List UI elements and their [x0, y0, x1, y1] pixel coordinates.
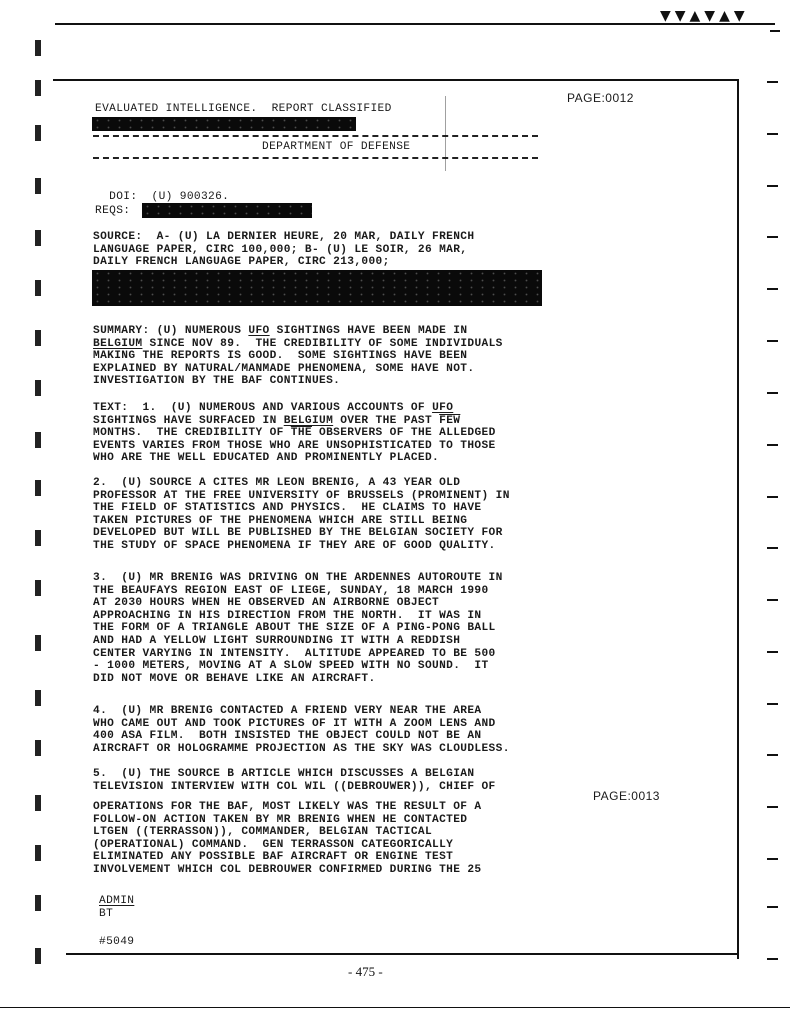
header-divider-bottom — [93, 157, 538, 159]
text-line: TELEVISION INTERVIEW WITH COL WIL ((DEBR… — [93, 781, 496, 794]
punch-mark — [35, 280, 41, 296]
text-line: AND HAD A YELLOW LIGHT SURROUNDING IT WI… — [93, 635, 503, 648]
margin-tick — [767, 858, 778, 860]
margin-tick — [767, 599, 778, 601]
punch-mark — [35, 895, 41, 911]
punch-mark — [35, 125, 41, 141]
page-bottom-rule — [0, 1007, 790, 1008]
text-line: THE STUDY OF SPACE PHENOMENA IF THEY ARE… — [93, 540, 510, 553]
text-line: SIGHTINGS HAVE SURFACED IN BELGIUM OVER … — [93, 415, 496, 428]
text-line: WHO ARE THE WELL EDUCATED AND PROMINENTL… — [93, 452, 496, 465]
paragraph-2: 2. (U) SOURCE A CITES MR LEON BRENIG, A … — [93, 477, 510, 553]
text-line: 4. (U) MR BRENIG CONTACTED A FRIEND VERY… — [93, 705, 510, 718]
punch-mark — [35, 580, 41, 596]
source-block: SOURCE: A- (U) LA DERNIER HEURE, 20 MAR,… — [93, 231, 474, 269]
text-line: MONTHS. THE CREDIBILITY OF THE OBSERVERS… — [93, 427, 496, 440]
text-line: THE FIELD OF STATISTICS AND PHYSICS. HE … — [93, 502, 510, 515]
margin-tick — [767, 340, 778, 342]
message-number: #5049 — [99, 936, 134, 949]
margin-tick — [767, 496, 778, 498]
punch-mark — [35, 530, 41, 546]
text-line: TEXT: 1. (U) NUMEROUS AND VARIOUS ACCOUN… — [93, 402, 496, 415]
summary-block: SUMMARY: (U) NUMEROUS UFO SIGHTINGS HAVE… — [93, 325, 503, 388]
text-line: FOLLOW-ON ACTION TAKEN BY MR BRENIG WHEN… — [93, 814, 482, 827]
reqs-redaction — [142, 203, 312, 218]
punch-mark — [35, 740, 41, 756]
punch-mark — [35, 40, 41, 56]
text-line: 5. (U) THE SOURCE B ARTICLE WHICH DISCUS… — [93, 768, 496, 781]
page-number-top: PAGE:0012 — [567, 92, 634, 105]
margin-tick — [767, 703, 778, 705]
page-footer-number: - 475 - — [348, 964, 383, 980]
text-line: INVOLVEMENT WHICH COL DEBROUWER CONFIRME… — [93, 864, 482, 877]
doi-line: DOI: (U) 900326. — [95, 178, 229, 203]
text-line: THE BEAUFAYS REGION EAST OF LIEGE, SUNDA… — [93, 585, 503, 598]
margin-tick — [767, 754, 778, 756]
text-line: DAILY FRENCH LANGUAGE PAPER, CIRC 213,00… — [93, 256, 474, 269]
text-line: APPROACHING IN HIS DIRECTION FROM THE NO… — [93, 610, 503, 623]
doi-value: (U) 900326. — [152, 191, 230, 203]
margin-tick — [767, 806, 778, 808]
punch-mark — [35, 380, 41, 396]
fold-mark — [445, 96, 446, 171]
punch-mark — [35, 948, 41, 964]
margin-tick — [767, 906, 778, 908]
text-line: ELIMINATED ANY POSSIBLE BAF AIRCRAFT OR … — [93, 851, 482, 864]
text-line: PROFESSOR AT THE FREE UNIVERSITY OF BRUS… — [93, 490, 510, 503]
text-line: SOURCE: A- (U) LA DERNIER HEURE, 20 MAR,… — [93, 231, 474, 244]
text-line: 2. (U) SOURCE A CITES MR LEON BRENIG, A … — [93, 477, 510, 490]
text-line: BELGIUM SINCE NOV 89. THE CREDIBILITY OF… — [93, 338, 503, 351]
margin-tick — [767, 958, 778, 960]
text-line: 400 ASA FILM. BOTH INSISTED THE OBJECT C… — [93, 730, 510, 743]
punch-mark — [35, 480, 41, 496]
paragraph-5-start: 5. (U) THE SOURCE B ARTICLE WHICH DISCUS… — [93, 768, 496, 793]
punch-mark — [35, 690, 41, 706]
text-line: DID NOT MOVE OR BEHAVE LIKE AN AIRCRAFT. — [93, 673, 503, 686]
text-line: AIRCRAFT OR HOLOGRAMME PROJECTION AS THE… — [93, 743, 510, 756]
admin-label: ADMIN — [99, 895, 134, 908]
department-title: DEPARTMENT OF DEFENSE — [262, 141, 410, 154]
punch-mark — [35, 795, 41, 811]
classification-line: EVALUATED INTELLIGENCE. REPORT CLASSIFIE… — [95, 103, 392, 116]
text-line: MAKING THE REPORTS IS GOOD. SOME SIGHTIN… — [93, 350, 503, 363]
paragraph-4: 4. (U) MR BRENIG CONTACTED A FRIEND VERY… — [93, 705, 510, 755]
text-line: THE FORM OF A TRIANGLE ABOUT THE SIZE OF… — [93, 622, 503, 635]
source-redaction — [92, 270, 542, 306]
margin-tick — [767, 288, 778, 290]
text-line: WHO CAME OUT AND TOOK PICTURES OF IT WIT… — [93, 718, 510, 731]
punch-mark — [35, 845, 41, 861]
punch-mark — [35, 230, 41, 246]
doi-label: DOI: — [109, 191, 137, 203]
document-stamp: ▼▼▲▼▲▼ — [660, 8, 749, 24]
margin-tick — [767, 444, 778, 446]
frame-bottom — [66, 953, 738, 955]
margin-tick — [767, 547, 778, 549]
margin-tick — [767, 236, 778, 238]
text-line: EVENTS VARIES FROM THOSE WHO ARE UNSOPHI… — [93, 440, 496, 453]
text-line: INVESTIGATION BY THE BAF CONTINUES. — [93, 375, 503, 388]
text-line: - 1000 METERS, MOVING AT A SLOW SPEED WI… — [93, 660, 503, 673]
text-line: TAKEN PICTURES OF THE PHENOMENA WHICH AR… — [93, 515, 510, 528]
punch-mark — [35, 432, 41, 448]
frame-top — [53, 79, 739, 81]
top-rule — [55, 23, 775, 25]
bt-label: BT — [99, 908, 113, 921]
margin-tick — [767, 392, 778, 394]
text-line: CENTER VARYING IN INTENSITY. ALTITUDE AP… — [93, 648, 503, 661]
margin-tick — [767, 651, 778, 653]
text-line: EXPLAINED BY NATURAL/MANMADE PHENOMENA, … — [93, 363, 503, 376]
page-number-side: PAGE:0013 — [593, 790, 660, 803]
text-line: 3. (U) MR BRENIG WAS DRIVING ON THE ARDE… — [93, 572, 503, 585]
punch-mark — [35, 80, 41, 96]
text-line: OPERATIONS FOR THE BAF, MOST LIKELY WAS … — [93, 801, 482, 814]
frame-right — [737, 79, 739, 959]
paragraph-5-continued: OPERATIONS FOR THE BAF, MOST LIKELY WAS … — [93, 801, 482, 877]
text-line: LTGEN ((TERRASSON)), COMMANDER, BELGIAN … — [93, 826, 482, 839]
reqs-label: REQS: — [95, 205, 130, 218]
top-rule-tick — [770, 30, 780, 32]
header-divider-top — [93, 135, 538, 137]
text-line: LANGUAGE PAPER, CIRC 100,000; B- (U) LE … — [93, 244, 474, 257]
punch-mark — [35, 635, 41, 651]
punch-mark — [35, 330, 41, 346]
paragraph-3: 3. (U) MR BRENIG WAS DRIVING ON THE ARDE… — [93, 572, 503, 685]
margin-tick — [767, 133, 778, 135]
text-line: DEVELOPED BUT WILL BE PUBLISHED BY THE B… — [93, 527, 510, 540]
punch-mark — [35, 178, 41, 194]
margin-tick — [767, 81, 778, 83]
margin-tick — [767, 185, 778, 187]
text-line: (OPERATIONAL) COMMAND. GEN TERRASSON CAT… — [93, 839, 482, 852]
text-line: AT 2030 HOURS WHEN HE OBSERVED AN AIRBOR… — [93, 597, 503, 610]
text-line: SUMMARY: (U) NUMEROUS UFO SIGHTINGS HAVE… — [93, 325, 503, 338]
paragraph-text-1: TEXT: 1. (U) NUMEROUS AND VARIOUS ACCOUN… — [93, 402, 496, 465]
redaction-block — [92, 117, 356, 131]
